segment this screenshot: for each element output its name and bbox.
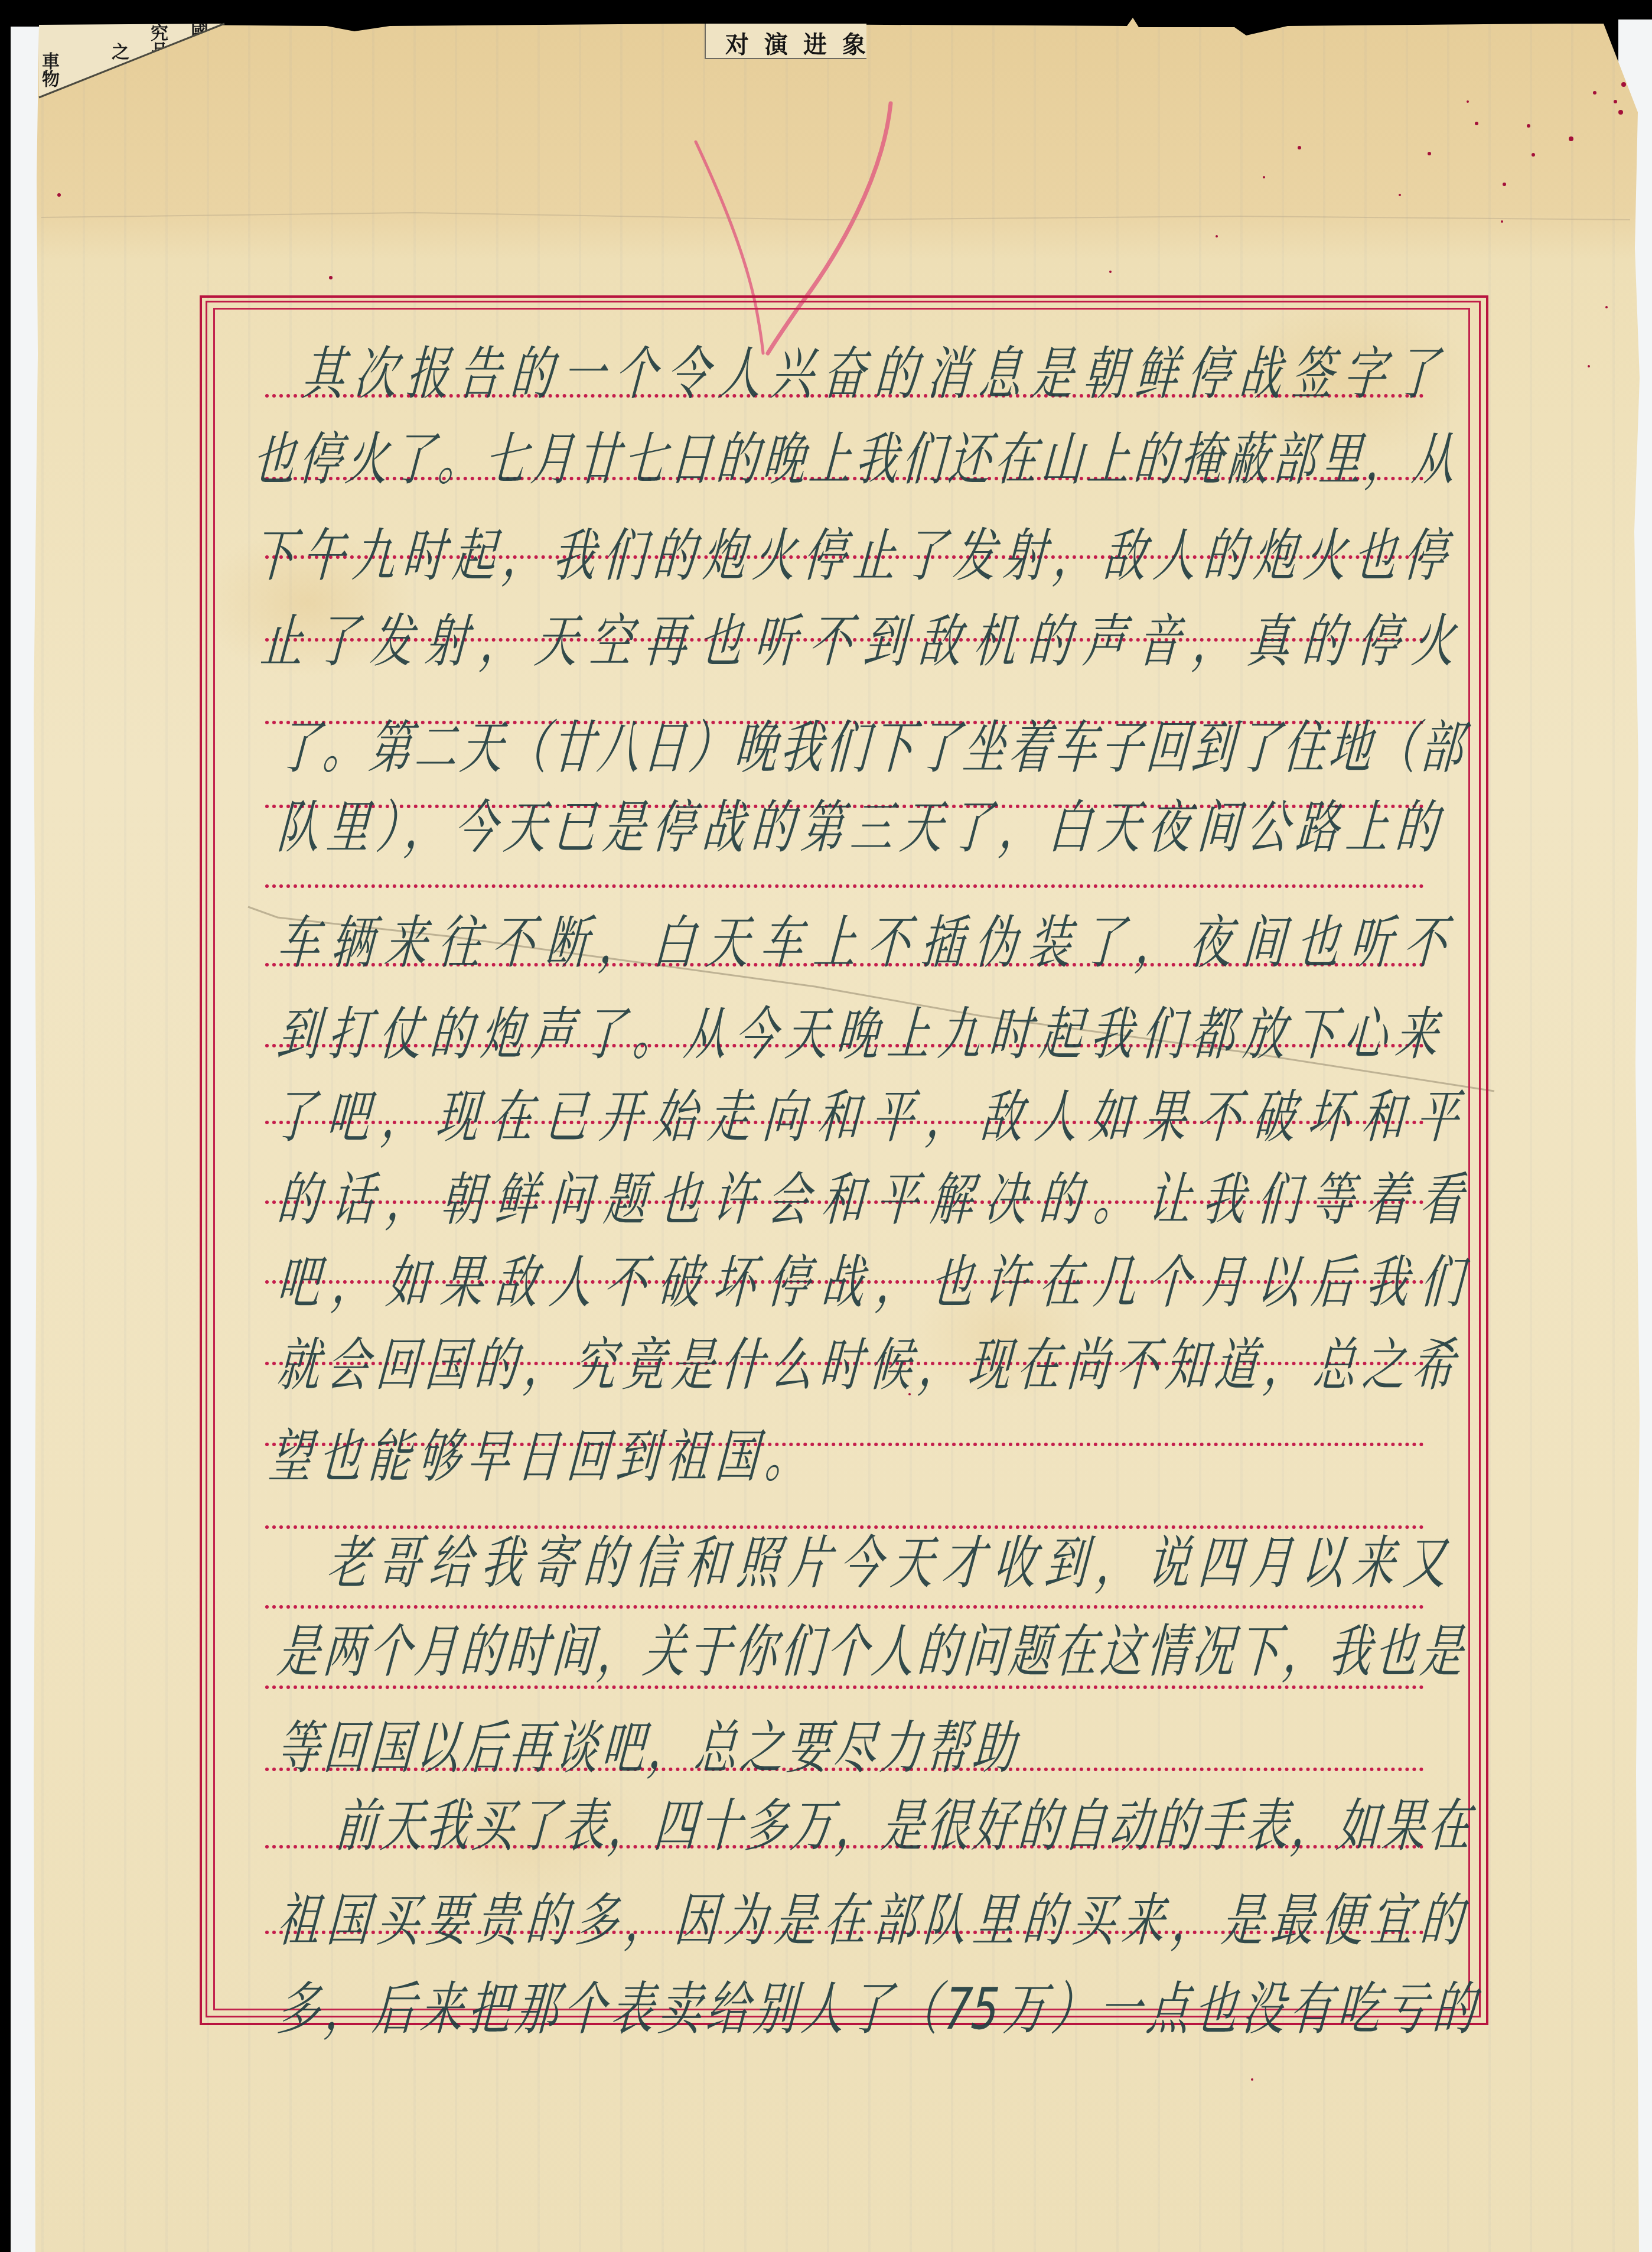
printed-fragment-char: 进 [803,32,827,57]
printed-fragment-char: 演 [764,32,788,57]
handwritten-line: 就会回国的，究竟是什么时候，现在尚不知道，总之希 [274,1321,1458,1409]
handwritten-line: 了吧，现在已开始走向和平，敌人如果不破坏和平 [269,1073,1462,1161]
handwritten-line: 前天我买了表，四十多万，是很好的自动的手表，如果在 [332,1782,1474,1870]
printed-fragment-char: 对 [725,32,749,57]
handwritten-line: 祖国买要贵的多，因为是在部队里的买来，是最便宜的 [274,1876,1467,1964]
handwritten-line: 止了发射，天空再也听不到敌机的声音，真的停火 [258,597,1458,685]
handwritten-line: 的话，朝鲜问题也许会和平解决的。让我们等着看 [274,1156,1467,1244]
ruled-line [265,884,1424,888]
handwritten-line: 下午九时起，我们的炮火停止了发射，敌人的炮火也停 [249,512,1450,600]
handwritten-line: 老哥给我寄的信和照片今天才收到，说四月以来又 [324,1519,1450,1607]
handwritten-line: 望也能够早日回到祖国。 [266,1413,812,1501]
handwritten-line: 吧，如果敌人不破坏停战，也许在几个月以后我们 [274,1238,1467,1326]
handwritten-line: 其次报告的一个令人兴奋的消息是朝鲜停战签字了 [299,330,1442,418]
handwritten-line: 了。第二天（廿八日）晚我们下了坐着车子回到了住地（部 [274,704,1467,792]
handwritten-line: 队里），今天已是停战的第三天了，白天夜间公路上的 [274,783,1442,871]
printed-fragment-column: 之 [109,43,128,60]
handwritten-line: 多，后来把那个表卖给别人了（75万）一点也没有吃亏的 [274,1965,1479,2053]
handwritten-line: 到打仗的炮声了。从今天晚上九时起我们都放下心来 [274,990,1442,1078]
handwritten-line: 等回国以后再谈吧，总之要尽力帮助 [274,1704,1019,1792]
handwritten-line: 是两个月的时间，关于你们个人的问题在这情况下，我也是 [274,1607,1467,1695]
handwritten-line: 车辆来往不断，白天车上不插伪装了，夜间也听不 [274,899,1450,987]
printed-fragment-column: 車物 [39,52,58,87]
handwritten-line: 也停火了。七月廿七日的晚上我们还在山上的掩蔽部里，从 [249,415,1458,503]
printed-fragment-char: 象 [842,32,866,57]
